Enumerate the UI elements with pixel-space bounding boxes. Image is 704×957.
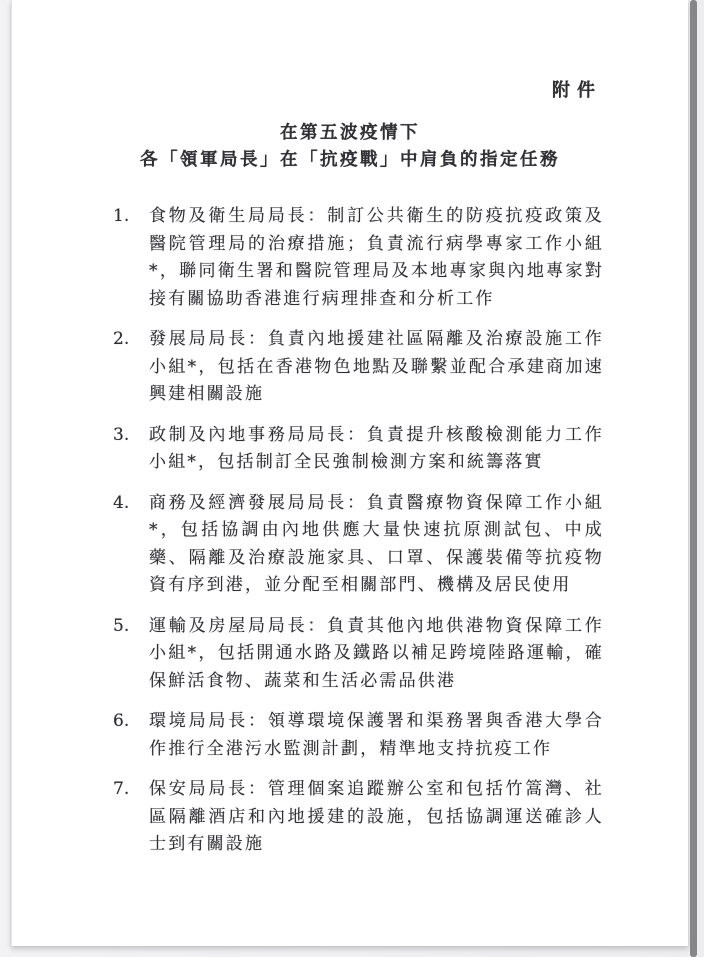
task-text: 保安局局長：管理個案追蹤辦公室和包括竹篙灣、社區隔離酒店和內地援建的設施，包括協…: [149, 776, 604, 859]
task-item: 4. 商務及經濟發展局局長：負責醫療物資保障工作小組*，包括協調由內地供應大量快…: [113, 490, 604, 600]
document-title: 在第五波疫情下 各「領軍局長」在「抗疫戰」中肩負的指定任務: [12, 120, 688, 174]
document-page: 附件 在第五波疫情下 各「領軍局長」在「抗疫戰」中肩負的指定任務 1. 食物及衛…: [11, 0, 688, 946]
task-list: 1. 食物及衛生局局長：制訂公共衛生的防疫抗疫政策及醫院管理局的治療措施；負責流…: [113, 203, 604, 872]
task-item: 3. 政制及內地事務局局長：負責提升核酸檢測能力工作小組*，包括制訂全民強制檢測…: [113, 422, 604, 477]
title-line-2: 各「領軍局長」在「抗疫戰」中肩負的指定任務: [12, 147, 688, 174]
task-text: 運輸及房屋局局長：負責其他內地供港物資保障工作小組*，包括開通水路及鐵路以補足跨…: [149, 613, 604, 696]
task-text: 發展局局長：負責內地援建社區隔離及治療設施工作小組*，包括在香港物色地點及聯繫並…: [149, 326, 604, 409]
task-number: 4.: [113, 490, 149, 600]
scrollbar[interactable]: [690, 0, 697, 957]
task-item: 2. 發展局局長：負責內地援建社區隔離及治療設施工作小組*，包括在香港物色地點及…: [113, 326, 604, 409]
task-item: 1. 食物及衛生局局長：制訂公共衛生的防疫抗疫政策及醫院管理局的治療措施；負責流…: [113, 203, 604, 313]
attachment-label: 附件: [552, 76, 602, 102]
task-number: 7.: [113, 776, 149, 859]
task-item: 7. 保安局局長：管理個案追蹤辦公室和包括竹篙灣、社區隔離酒店和內地援建的設施，…: [113, 776, 604, 859]
task-item: 5. 運輸及房屋局局長：負責其他內地供港物資保障工作小組*，包括開通水路及鐵路以…: [113, 613, 604, 696]
image-viewer-background: 附件 在第五波疫情下 各「領軍局長」在「抗疫戰」中肩負的指定任務 1. 食物及衛…: [0, 0, 704, 957]
task-text: 商務及經濟發展局局長：負責醫療物資保障工作小組*，包括協調由內地供應大量快速抗原…: [149, 490, 604, 600]
task-number: 1.: [113, 203, 149, 313]
task-number: 5.: [113, 613, 149, 696]
task-number: 2.: [113, 326, 149, 409]
task-text: 政制及內地事務局局長：負責提升核酸檢測能力工作小組*，包括制訂全民強制檢測方案和…: [149, 422, 604, 477]
task-number: 6.: [113, 708, 149, 763]
task-text: 食物及衛生局局長：制訂公共衛生的防疫抗疫政策及醫院管理局的治療措施；負責流行病學…: [149, 203, 604, 313]
task-number: 3.: [113, 422, 149, 477]
task-item: 6. 環境局局長：領導環境保護署和渠務署與香港大學合作推行全港污水監測計劃，精準…: [113, 708, 604, 763]
title-line-1: 在第五波疫情下: [12, 120, 688, 147]
task-text: 環境局局長：領導環境保護署和渠務署與香港大學合作推行全港污水監測計劃，精準地支持…: [149, 708, 604, 763]
